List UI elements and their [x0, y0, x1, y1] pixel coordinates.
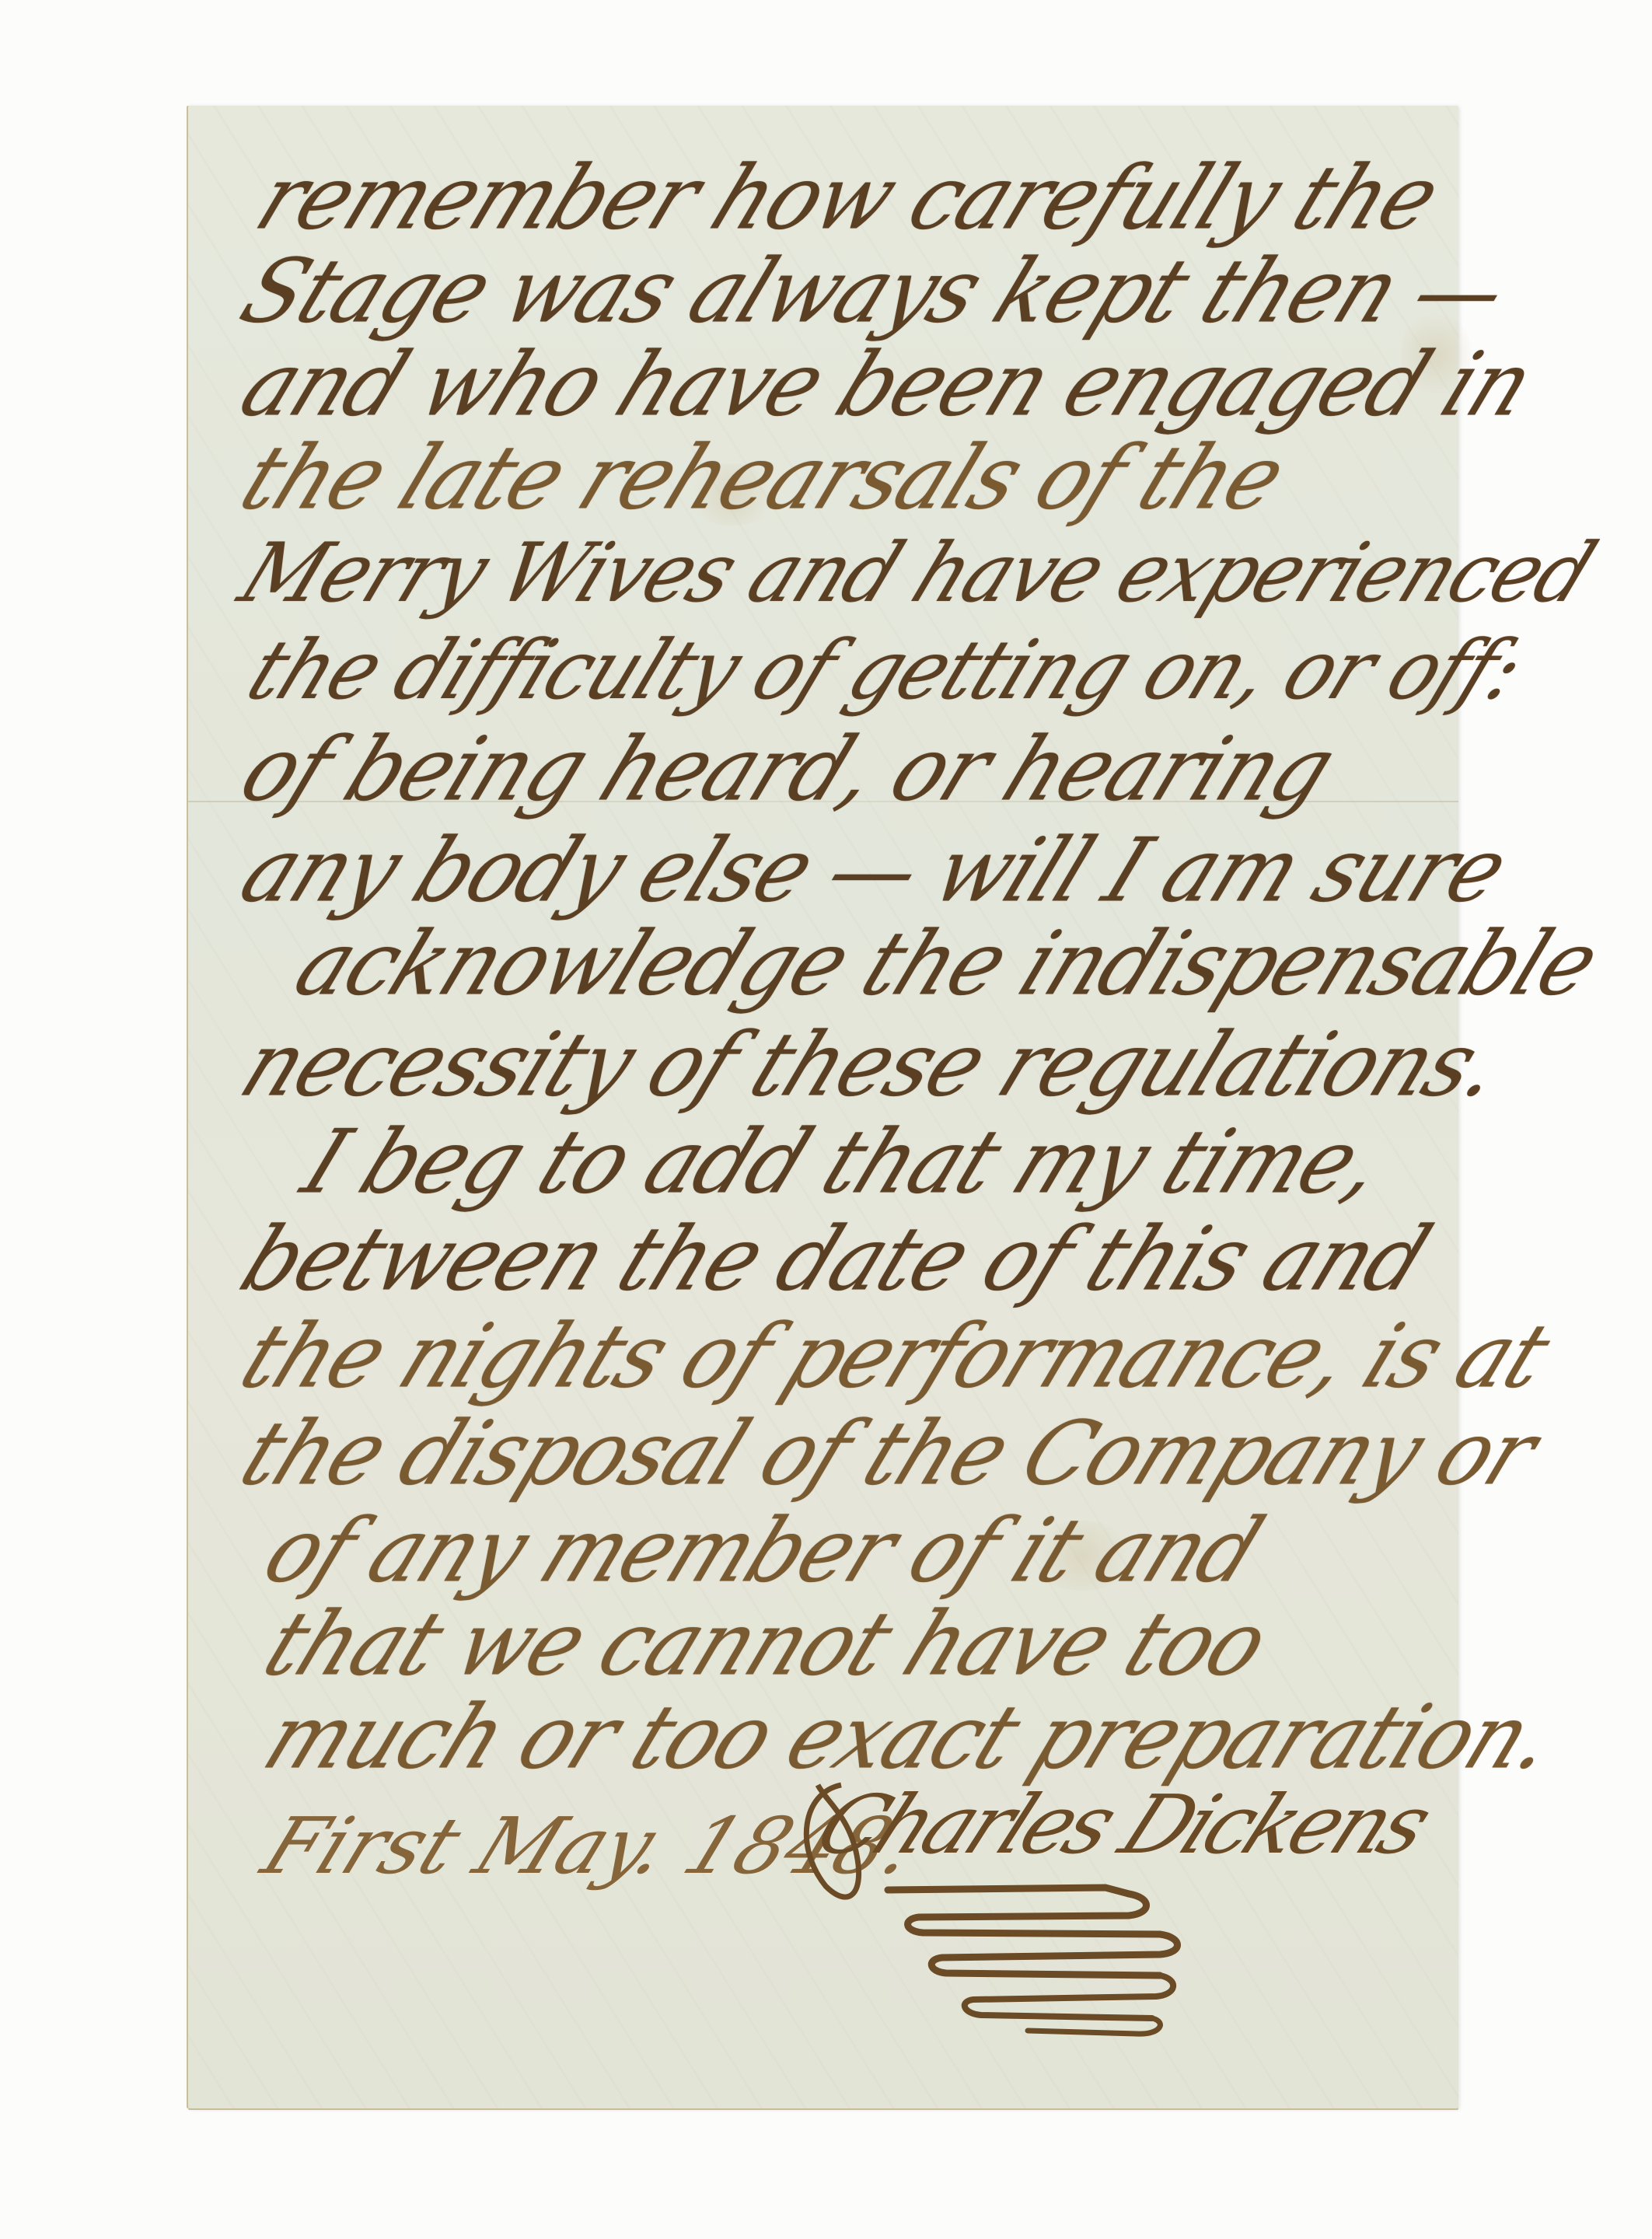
letter-line: any body else — will I am sure	[227, 820, 1521, 922]
letter-line: of any member of it and	[250, 1500, 1275, 1602]
letter-line: the late rehearsals of the	[227, 428, 1298, 529]
letter-line: necessity of these regulations.	[227, 1015, 1516, 1116]
letter-body: remember how carefully the Stage was alw…	[188, 106, 1458, 2108]
letter-line: that we cannot have too	[250, 1594, 1281, 1696]
letter-line: I beg to add that my time,	[289, 1112, 1398, 1214]
letter-line: the nights of performance, is at	[227, 1306, 1563, 1408]
letter-line: the difficulty of getting on, or off:	[235, 622, 1537, 718]
letter-page: remember how carefully the Stage was alw…	[188, 106, 1458, 2108]
letter-line: acknowledge the indispensable	[281, 913, 1612, 1015]
letter-line: of being heard, or hearing	[227, 719, 1348, 821]
letter-line: Merry Wives and have experienced	[227, 525, 1608, 620]
letter-line: Stage was always kept then —	[227, 241, 1521, 343]
letter-line: the disposal of the Company or	[227, 1403, 1550, 1505]
signature-flourish-icon	[795, 1754, 1230, 2049]
letter-line: remember how carefully the	[243, 148, 1453, 250]
letter-line: between the date of this and	[227, 1209, 1443, 1311]
letter-line: and who have been engaged in	[227, 334, 1546, 436]
